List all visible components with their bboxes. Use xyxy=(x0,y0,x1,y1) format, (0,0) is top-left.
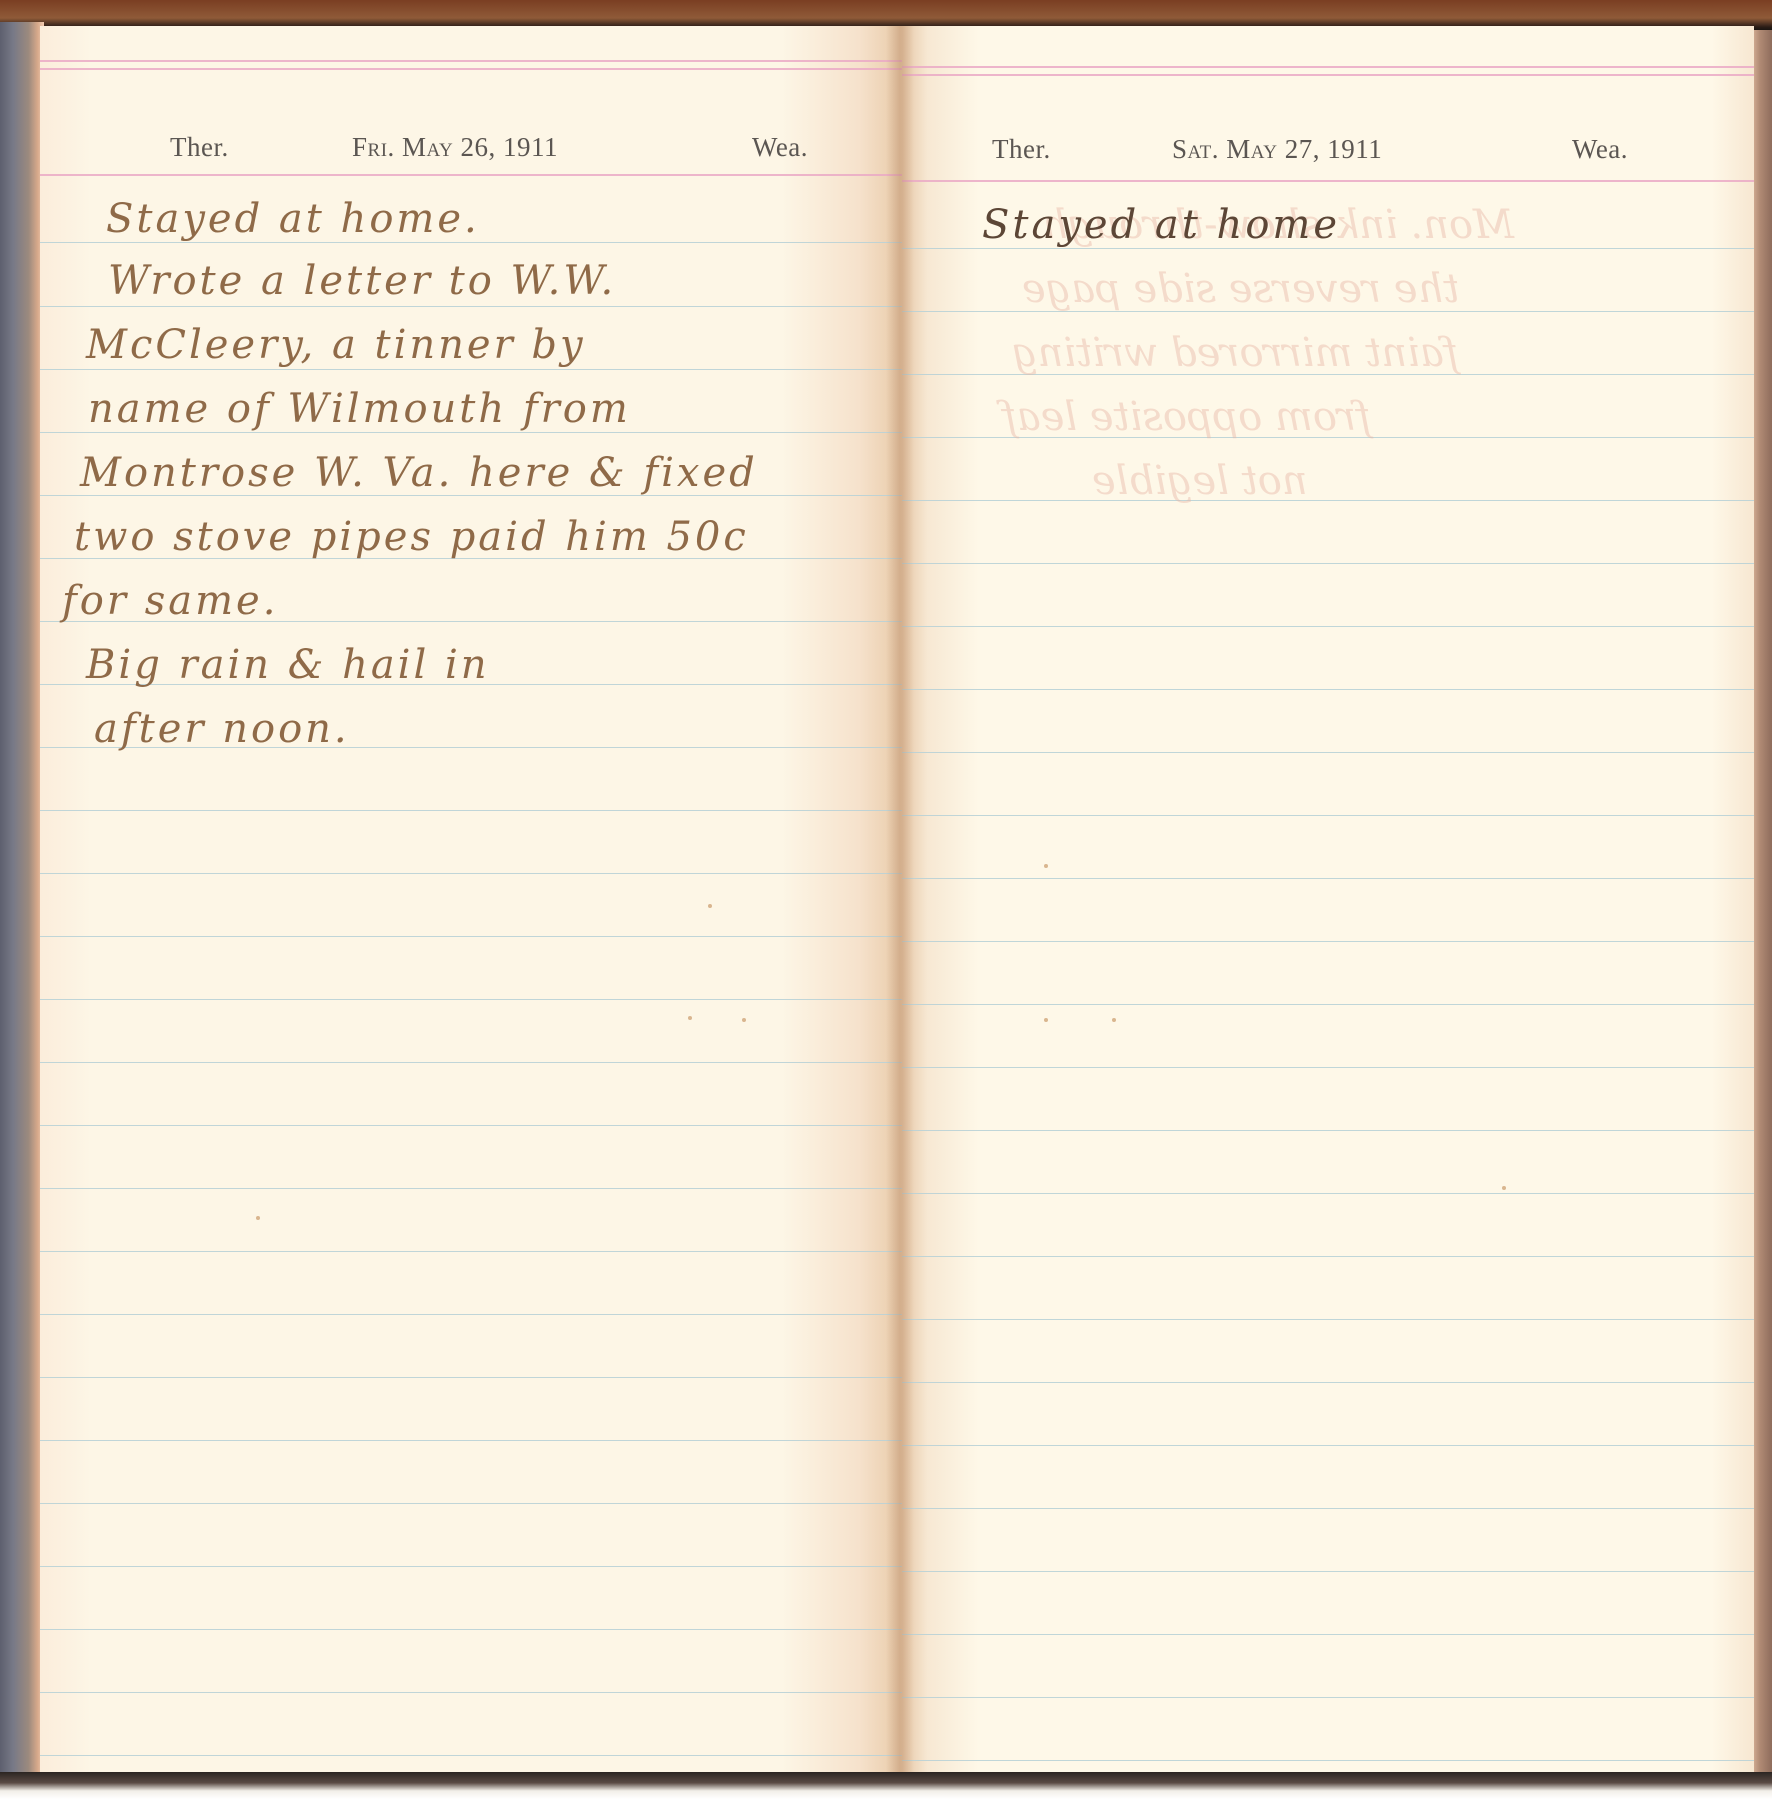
bleed-through-text: from opposite leaf xyxy=(1002,394,1371,440)
ruled-line xyxy=(40,369,902,370)
book-gutter xyxy=(886,26,914,1776)
ruled-line xyxy=(40,432,902,433)
thermometer-label: Ther. xyxy=(992,134,1051,165)
ruled-line xyxy=(902,563,1754,564)
paper-speck xyxy=(1502,1186,1506,1190)
ruled-line xyxy=(902,248,1754,249)
entry-line: name of Wilmouth from xyxy=(88,386,631,432)
ruled-line xyxy=(40,1062,902,1063)
page-date: Sat. May 27, 1911 xyxy=(1172,134,1382,165)
entry-line: Stayed at home. xyxy=(106,196,480,242)
ruled-line xyxy=(40,242,902,243)
weather-label: Wea. xyxy=(752,132,808,163)
ruled-line xyxy=(902,1382,1754,1383)
ruled-line xyxy=(40,1566,902,1567)
paper-speck xyxy=(1044,864,1048,868)
ruled-line xyxy=(902,626,1754,627)
ruled-line xyxy=(902,878,1754,879)
entry-line: Stayed at home xyxy=(982,202,1340,248)
pink-rule-header-bottom xyxy=(40,174,902,176)
entry-line: for same. xyxy=(62,578,278,624)
ruled-line xyxy=(40,306,902,307)
ruled-line xyxy=(902,1760,1754,1761)
ruled-line xyxy=(40,936,902,937)
ruled-line xyxy=(902,1634,1754,1635)
ruled-line xyxy=(902,1130,1754,1131)
paper-speck xyxy=(1112,1018,1116,1022)
pink-rule-top-1 xyxy=(902,66,1754,68)
diary-page-left: Ther. Fri. May 26, 1911 Wea. Stayed at h… xyxy=(40,26,902,1776)
entry-line: Montrose W. Va. here & fixed xyxy=(80,450,758,496)
paper-speck xyxy=(688,1016,692,1020)
ruled-line xyxy=(902,1697,1754,1698)
weather-label: Wea. xyxy=(1572,134,1628,165)
ruled-line xyxy=(902,1319,1754,1320)
paper-speck xyxy=(1044,1018,1048,1022)
ruled-line xyxy=(902,1445,1754,1446)
entry-line: Wrote a letter to W.W. xyxy=(108,258,616,304)
ruled-line xyxy=(40,1125,902,1126)
ruled-line xyxy=(902,1571,1754,1572)
book-page-edges-right xyxy=(1752,30,1772,1782)
ruled-line xyxy=(902,1067,1754,1068)
entry-line: Big rain & hail in xyxy=(86,642,490,688)
ruled-line xyxy=(902,1508,1754,1509)
ruled-line xyxy=(40,810,902,811)
pink-rule-top-2 xyxy=(40,68,902,70)
bleed-through-text: not legible xyxy=(1092,458,1308,504)
entry-line: McCleery, a tinner by xyxy=(86,322,586,368)
ruled-line xyxy=(40,999,902,1000)
ruled-line xyxy=(40,1188,902,1189)
ruled-line xyxy=(40,1314,902,1315)
diary-page-right: Ther. Sat. May 27, 1911 Wea. Mon. ink sh… xyxy=(902,26,1754,1776)
paper-speck xyxy=(742,1018,746,1022)
pink-rule-header-bottom xyxy=(902,180,1754,182)
thermometer-label: Ther. xyxy=(170,132,229,163)
ruled-line xyxy=(902,752,1754,753)
ruled-line xyxy=(902,1193,1754,1194)
ruled-line xyxy=(40,1251,902,1252)
page-header: Ther. Sat. May 27, 1911 Wea. xyxy=(902,134,1754,174)
book-page-edges-left xyxy=(0,22,44,1782)
ruled-line xyxy=(40,1503,902,1504)
entry-line: two stove pipes paid him 50c xyxy=(74,514,749,560)
page-date: Fri. May 26, 1911 xyxy=(352,132,558,163)
ruled-line xyxy=(902,1256,1754,1257)
ruled-line xyxy=(40,873,902,874)
ruled-line xyxy=(902,941,1754,942)
ruled-line xyxy=(40,1692,902,1693)
pink-rule-top-2 xyxy=(902,74,1754,76)
page-header: Ther. Fri. May 26, 1911 Wea. xyxy=(40,132,902,172)
ruled-line xyxy=(40,1629,902,1630)
bleed-through-text: faint mirrored writing xyxy=(1012,330,1459,376)
ruled-line xyxy=(40,1755,902,1756)
ruled-line xyxy=(902,689,1754,690)
ruled-line xyxy=(902,1004,1754,1005)
ruled-line xyxy=(902,815,1754,816)
paper-speck xyxy=(256,1216,260,1220)
ruled-line xyxy=(40,1377,902,1378)
entry-line: after noon. xyxy=(94,706,350,752)
bleed-through-text: the reverse side page xyxy=(1022,266,1459,312)
pink-rule-top-1 xyxy=(40,60,902,62)
paper-speck xyxy=(708,904,712,908)
ruled-line xyxy=(902,500,1754,501)
ruled-line xyxy=(40,1440,902,1441)
book-binding-bottom xyxy=(0,1772,1772,1799)
